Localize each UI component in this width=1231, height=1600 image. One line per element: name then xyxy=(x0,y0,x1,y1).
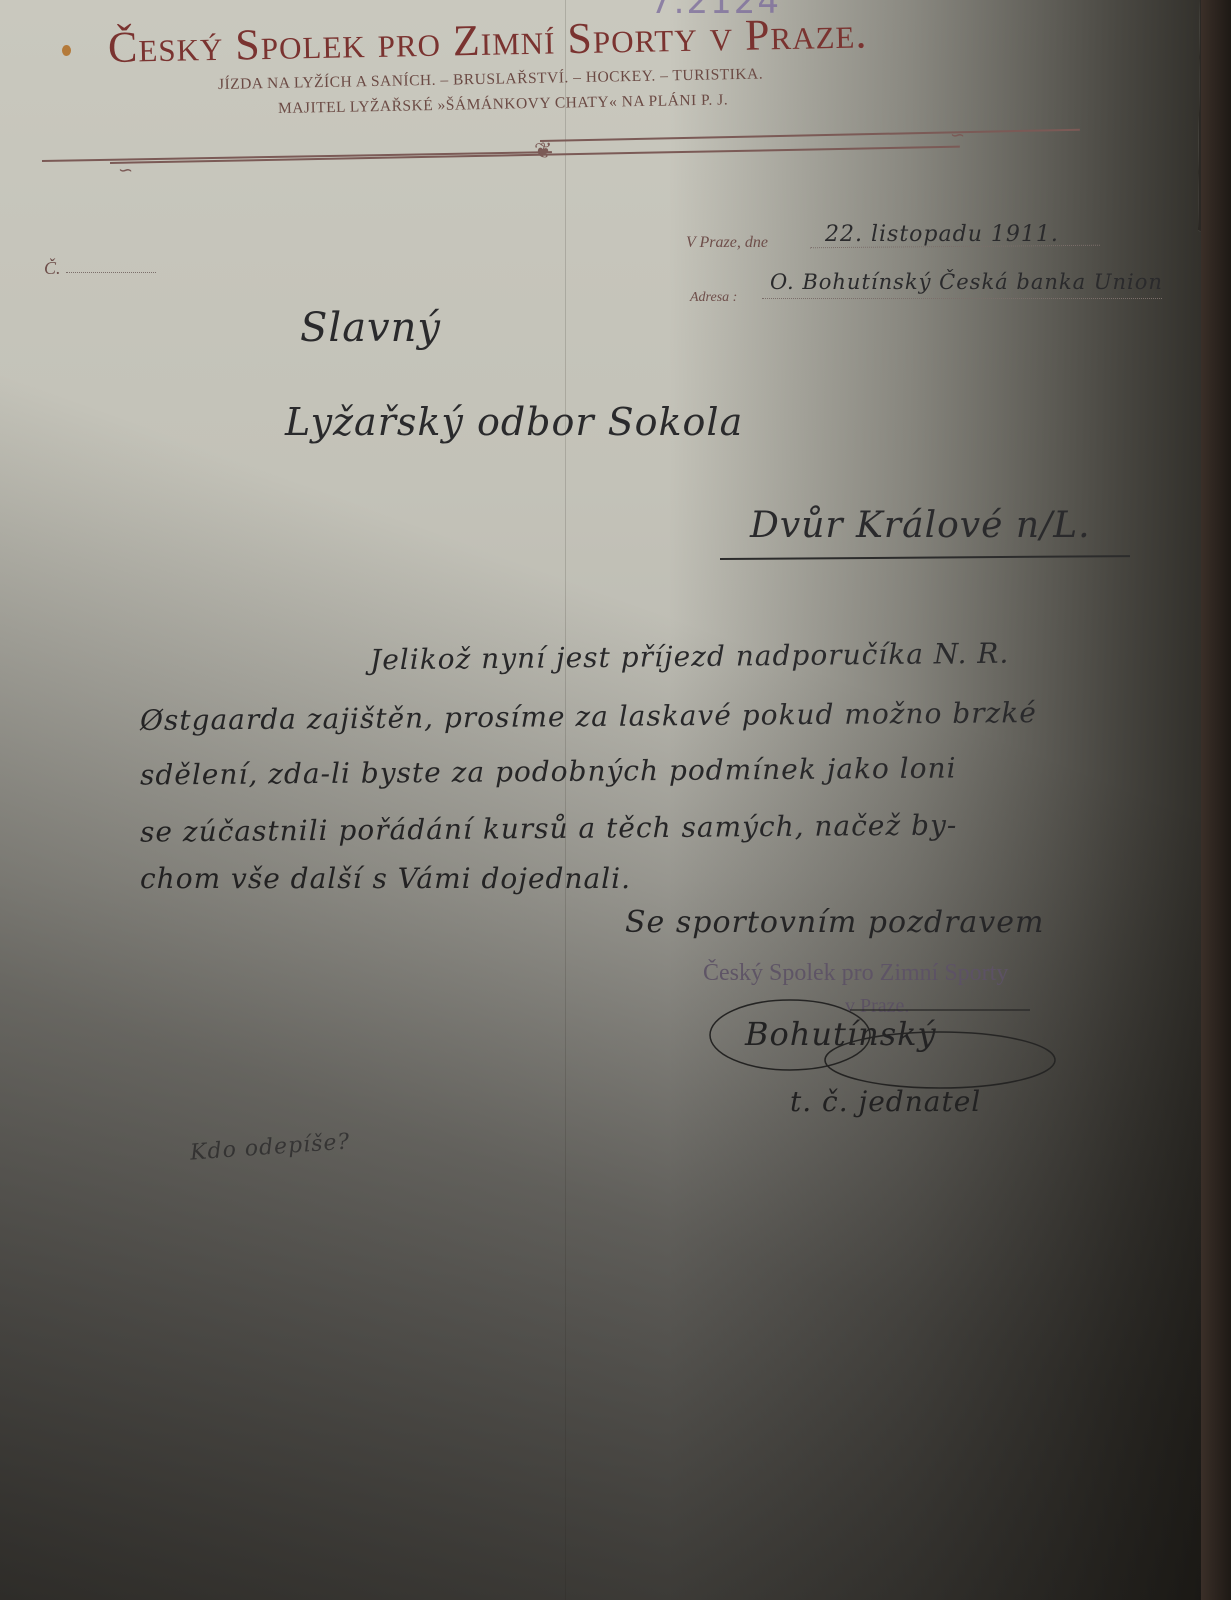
scroll-ornament-icon: ❦ xyxy=(534,138,552,164)
signatory-title: t. č. jednatel xyxy=(790,1085,981,1118)
date-handwritten: 22. listopadu 1911. xyxy=(825,222,1059,247)
binder-edge xyxy=(1201,0,1231,1600)
recipient-line-1: Lyžařský odbor Sokola xyxy=(285,400,743,444)
place-date-label: V Praze, dne xyxy=(686,234,768,252)
reference-dotted-line xyxy=(66,272,156,273)
recipient-line-2: Dvůr Králové n/L. xyxy=(750,505,1091,546)
closing-greeting: Se sportovním pozdravem xyxy=(625,905,1044,940)
flourish-right-icon: ∽ xyxy=(950,125,965,146)
address-label: Adresa : xyxy=(690,290,737,306)
salutation: Slavný xyxy=(300,305,441,351)
flourish-left-icon: ∽ xyxy=(118,160,133,181)
club-stamp-line-1: Český Spolek pro Zimní Sporty xyxy=(703,960,1008,987)
paper-fold-line xyxy=(565,0,566,1600)
address-dotted-line xyxy=(762,298,1162,299)
body-line-5: chom vše další s Vámi dojednali. xyxy=(140,862,631,895)
address-handwritten: O. Bohutínský Česká banka Union xyxy=(770,270,1163,294)
body-line-1: Jelikož nyní jest příjezd nadporučíka N.… xyxy=(370,637,1010,677)
reference-label: Č. xyxy=(44,258,61,279)
punch-mark xyxy=(62,45,71,56)
